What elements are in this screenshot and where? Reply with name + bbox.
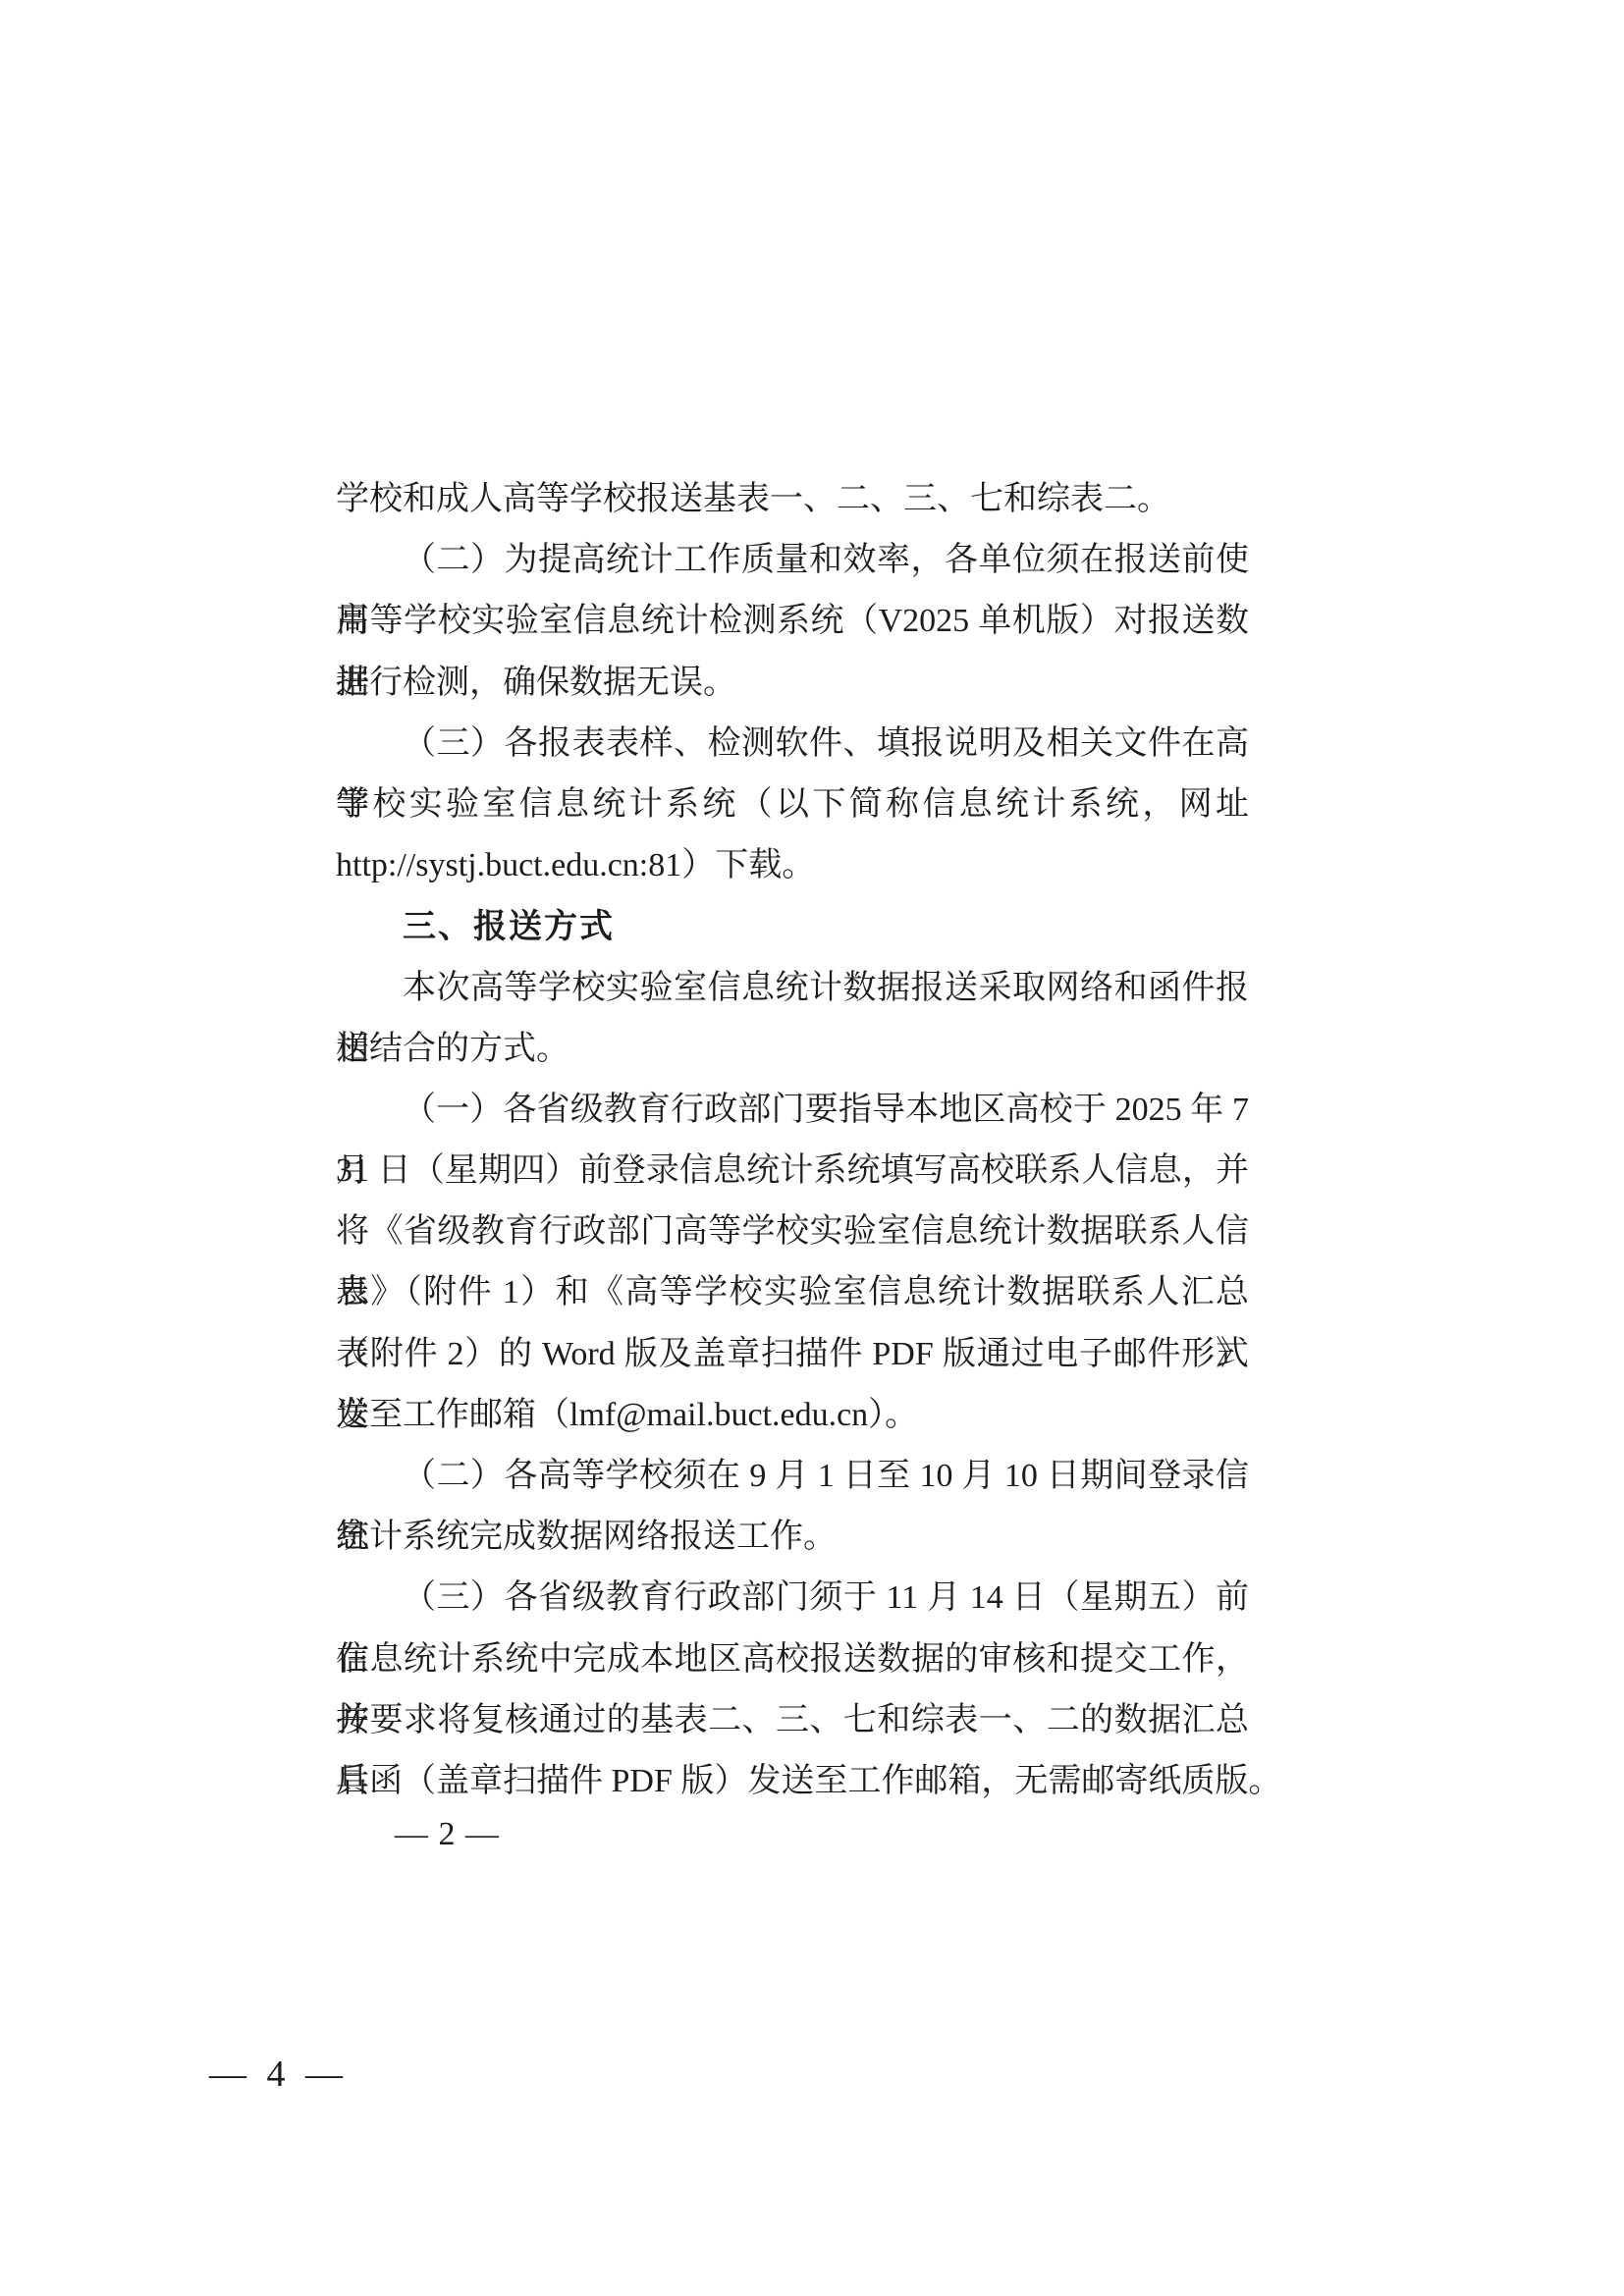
text-line: 将《省级教育行政部门高等学校实验室信息统计数据联系人信息	[336, 1201, 1249, 1262]
text-line: 本次高等学校实验室信息统计数据报送采取网络和函件报送	[336, 958, 1249, 1019]
text-line: 高等学校实验室信息统计检测系统（V2025 单机版）对报送数据	[336, 591, 1249, 652]
text-line: （二）为提高统计工作质量和效率，各单位须在报送前使用	[336, 530, 1249, 591]
text-block: 学校和成人高等学校报送基表一、二、三、七和综表二。（二）为提高统计工作质量和效率…	[336, 469, 1249, 1812]
text-line: 信息统计系统中完成本地区高校报送数据的审核和提交工作，并	[336, 1629, 1249, 1690]
text-line: http://systj.buct.edu.cn:81）下载。	[336, 835, 1249, 896]
text-line: 进行检测，确保数据无误。	[336, 653, 1249, 714]
text-line: （一）各省级教育行政部门要指导本地区高校于 2025 年 7 月	[336, 1080, 1249, 1141]
text-line: 学校实验室信息统计系统（以下简称信息统计系统，网址	[336, 774, 1249, 835]
text-line: 学校和成人高等学校报送基表一、二、三、七和综表二。	[336, 469, 1249, 530]
text-line: 相结合的方式。	[336, 1019, 1249, 1080]
text-line: 具函（盖章扫描件 PDF 版）发送至工作邮箱，无需邮寄纸质版。	[336, 1751, 1249, 1812]
text-line: 31 日（星期四）前登录信息统计系统填写高校联系人信息，并	[336, 1141, 1249, 1201]
text-line: （三）各省级教育行政部门须于 11 月 14 日（星期五）前在	[336, 1568, 1249, 1629]
document-page: 学校和成人高等学校报送基表一、二、三、七和综表二。（二）为提高统计工作质量和效率…	[0, 0, 1624, 2296]
text-line: 表》（附件 1）和《高等学校实验室信息统计数据联系人汇总表》	[336, 1262, 1249, 1323]
text-line: （附件 2）的 Word 版及盖章扫描件 PDF 版通过电子邮件形式发	[336, 1324, 1249, 1385]
text-line: 按要求将复核通过的基表二、三、七和综表一、二的数据汇总后	[336, 1690, 1249, 1751]
outer-page-number: — 4 —	[209, 2056, 343, 2093]
text-line: （三）各报表表样、检测软件、填报说明及相关文件在高等	[336, 714, 1249, 774]
text-line: （二）各高等学校须在 9 月 1 日至 10 月 10 日期间登录信息	[336, 1446, 1249, 1507]
inner-page-number: — 2 —	[395, 1818, 499, 1851]
text-line: 送至工作邮箱（lmf@mail.buct.edu.cn）。	[336, 1385, 1249, 1446]
section-heading: 三、报送方式	[336, 896, 1249, 957]
text-line: 统计系统完成数据网络报送工作。	[336, 1507, 1249, 1568]
